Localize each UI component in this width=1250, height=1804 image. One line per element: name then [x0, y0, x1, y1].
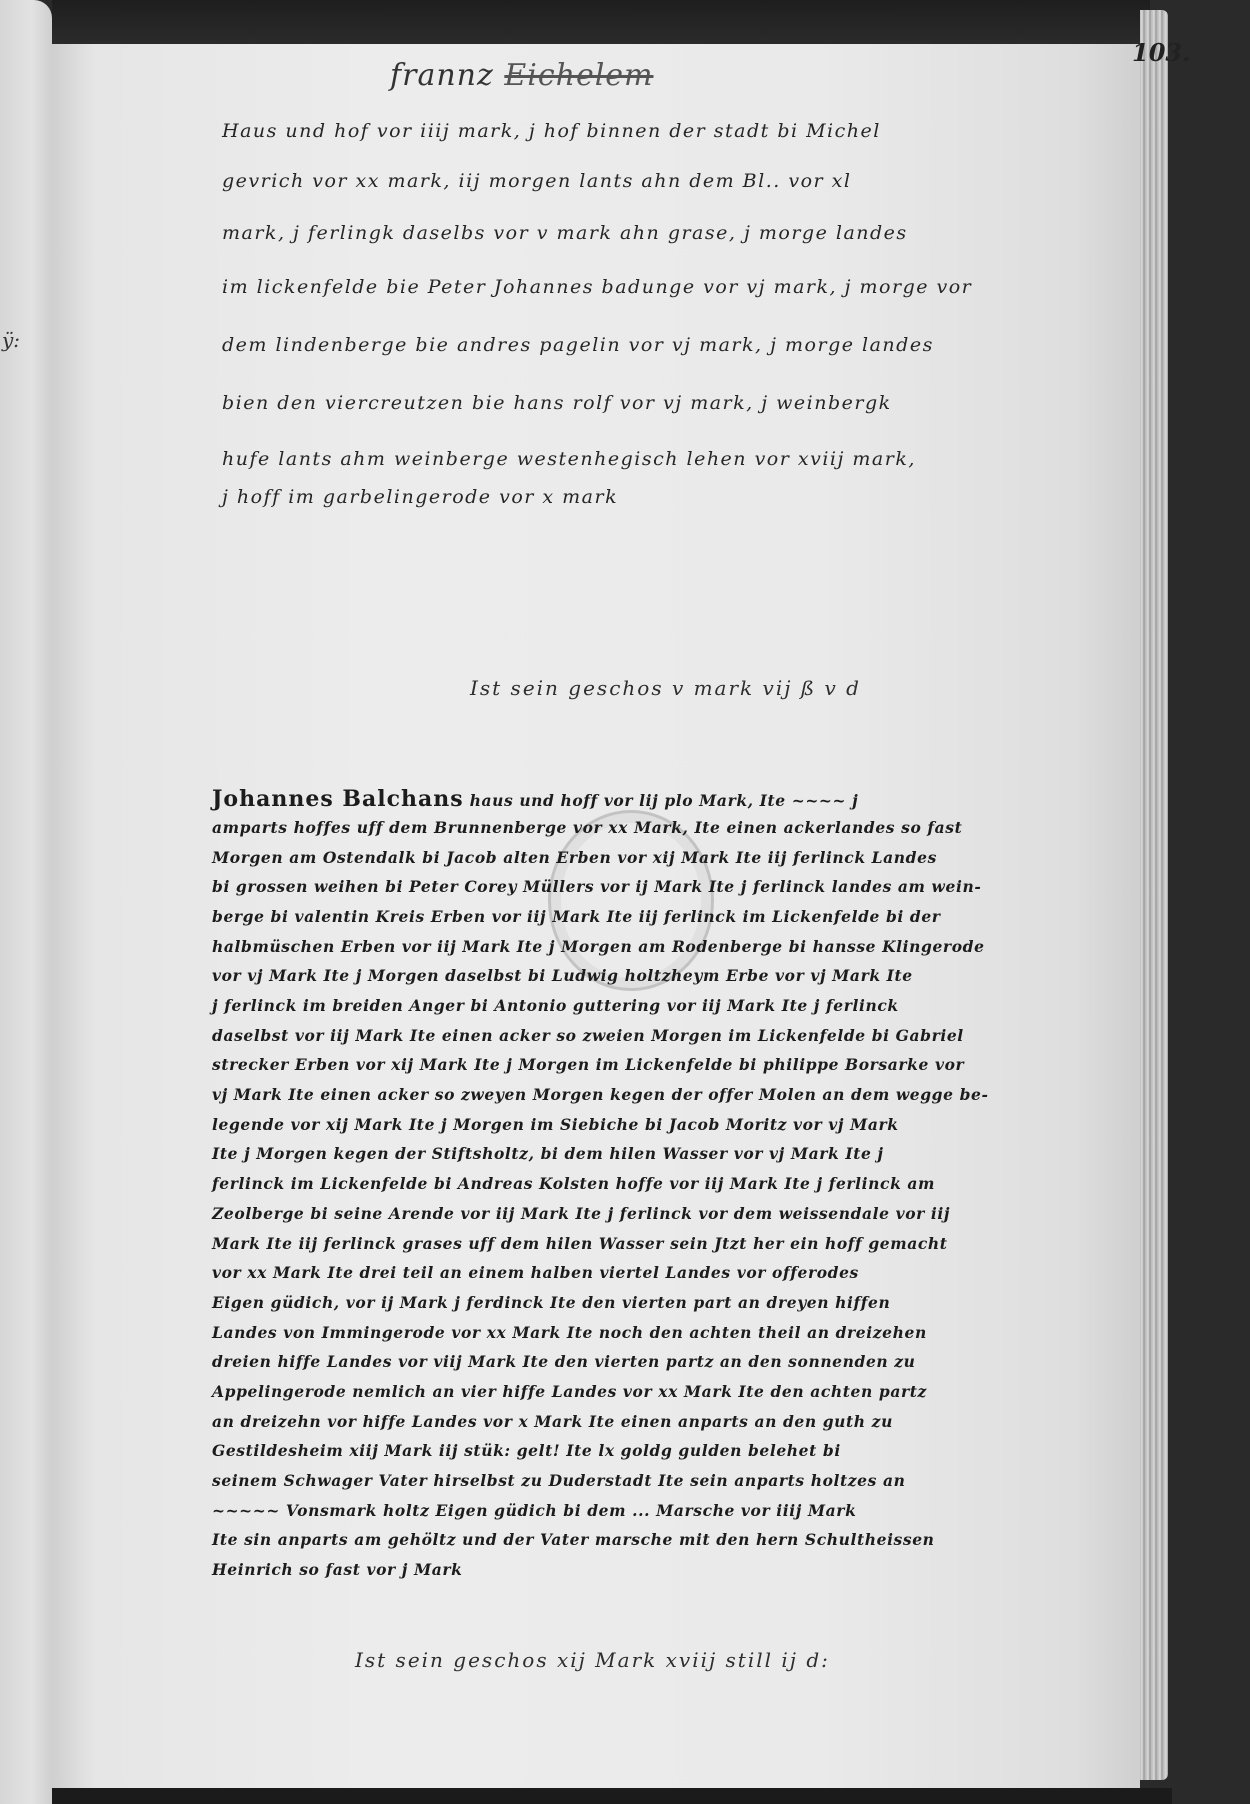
text-line: daselbst vor iij Mark Ite einen acker so…: [212, 1026, 964, 1045]
text-line: an dreizehn vor hiffe Landes vor x Mark …: [212, 1412, 893, 1431]
text-line: Landes von Immingerode vor xx Mark Ite n…: [212, 1323, 927, 1342]
text-line: Eigen güdich, vor ij Mark j ferdinck Ite…: [212, 1293, 890, 1312]
text-line: vj Mark Ite einen acker so zweyen Morgen…: [212, 1085, 989, 1104]
text-line: Morgen am Ostendalk bi Jacob alten Erben…: [212, 848, 937, 867]
text-line: gevrich vor xx mark, iij morgen lants ah…: [222, 170, 851, 192]
page-heading: frannz Eichelem: [390, 58, 654, 93]
text-line: ferlinck im Lickenfelde bi Andreas Kolst…: [212, 1174, 935, 1193]
facing-page-edge: ÿ:: [0, 0, 52, 1804]
heading-struck-name: Eichelem: [504, 58, 653, 93]
entry-2-tax-summary: Ist sein geschos xij Mark xviij still ij…: [355, 1648, 830, 1672]
text-line: Zeolberge bi seine Arende vor iij Mark I…: [212, 1204, 950, 1223]
page-stack-edge: [1140, 10, 1168, 1780]
text-line: im lickenfelde bie Peter Johannes badung…: [222, 276, 972, 298]
entry-1-tax-summary: Ist sein geschos v mark vij ß v d: [470, 676, 861, 700]
text-line: Appelingerode nemlich an vier hiffe Land…: [212, 1382, 927, 1401]
background-shadow-bottom: [52, 1788, 1172, 1804]
text-line: seinem Schwager Vater hirselbst zu Duder…: [212, 1471, 905, 1490]
text-line: dreien hiffe Landes vor viij Mark Ite de…: [212, 1352, 916, 1371]
text-line: strecker Erben vor xij Mark Ite j Morgen…: [212, 1055, 964, 1074]
text-line: Ite j Morgen kegen der Stiftsholtz, bi d…: [212, 1144, 884, 1163]
text-line: Haus und hof vor iiij mark, j hof binnen…: [222, 120, 881, 142]
text-line: berge bi valentin Kreis Erben vor iij Ma…: [212, 907, 941, 926]
library-stamp: [548, 810, 714, 991]
text-line: vor xx Mark Ite drei teil an einem halbe…: [212, 1263, 859, 1282]
entry-name: Johannes Balchans: [212, 786, 464, 812]
text-line: ~~~~~ Vonsmark holtz Eigen güdich bi dem…: [212, 1501, 856, 1520]
text-line-last: Heinrich so fast vor j Mark: [212, 1560, 463, 1579]
text-line: legende vor xij Mark Ite j Morgen im Sie…: [212, 1115, 899, 1134]
text-line: Mark Ite iij ferlinck grases uff dem hil…: [212, 1234, 948, 1253]
text-line: hufe lants ahm weinberge westenhegisch l…: [222, 448, 916, 470]
text-line: j hoff im garbelingerode vor x mark: [222, 486, 618, 508]
margin-note: ÿ:: [2, 328, 20, 352]
text-line-first: Johannes Balchans haus und hoff vor lij …: [212, 786, 858, 812]
folio-number: 103.: [1132, 38, 1190, 67]
text-line: vor vj Mark Ite j Morgen daselbst bi Lud…: [212, 966, 913, 985]
text-line: j ferlinck im breiden Anger bi Antonio g…: [212, 996, 899, 1015]
text-line: bi grossen weihen bi Peter Corey Müllers…: [212, 877, 981, 896]
text-line: Gestildesheim xiij Mark iij stük: gelt! …: [212, 1441, 841, 1460]
text-line: halbmüschen Erben vor iij Mark Ite j Mor…: [212, 937, 985, 956]
text-line: mark, j ferlingk daselbs vor v mark ahn …: [222, 222, 908, 244]
entry-first-line: haus und hoff vor lij plo Mark, Ite ~~~~…: [470, 791, 859, 810]
text-line: amparts hoffes uff dem Brunnenberge vor …: [212, 818, 962, 837]
heading-name: frannz: [390, 58, 494, 93]
text-line: dem lindenberge bie andres pagelin vor v…: [222, 334, 934, 356]
background-shadow-top: [52, 0, 1150, 44]
text-line: bien den viercreutzen bie hans rolf vor …: [222, 392, 892, 414]
text-line: Ite sin anparts am gehöltz und der Vater…: [212, 1530, 935, 1549]
